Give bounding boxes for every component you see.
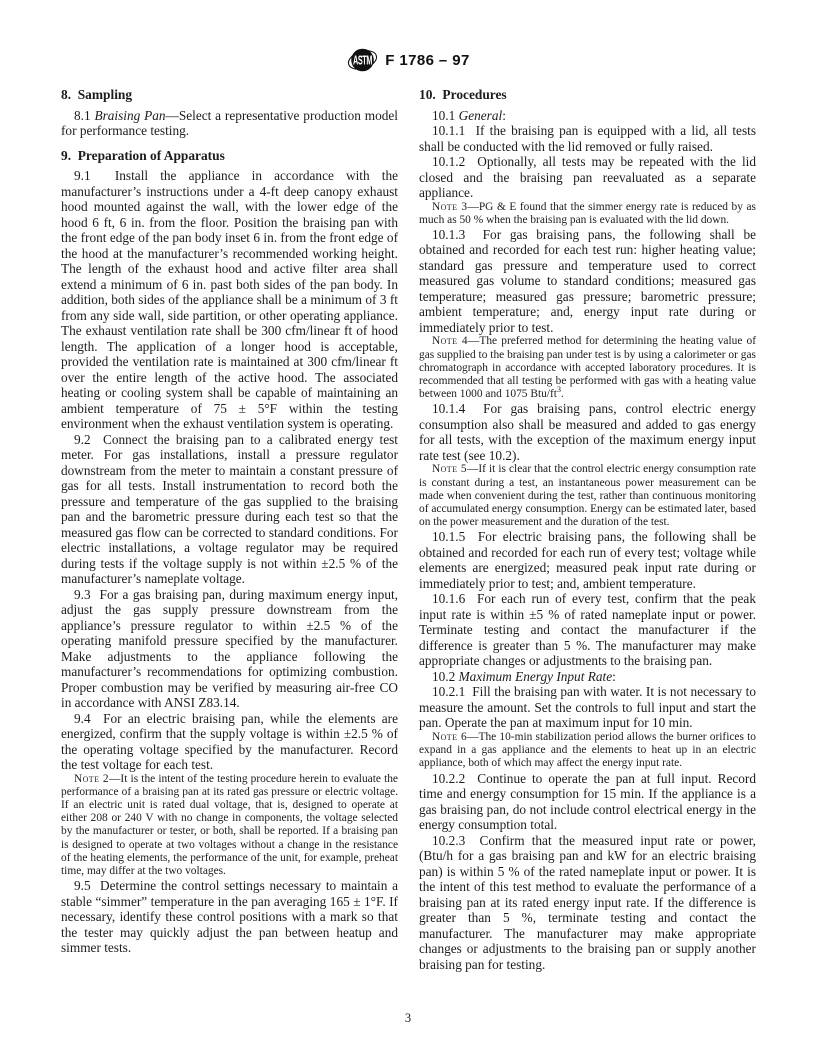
para-9-3: 9.3 For a gas braising pan, during maxim… bbox=[61, 587, 398, 711]
section-8-heading: 8. Sampling bbox=[61, 87, 398, 103]
para-10-1: 10.1 General: bbox=[419, 108, 756, 124]
page-number: 3 bbox=[0, 1011, 816, 1026]
para-10-1-5: 10.1.5 For electric braising pans, the f… bbox=[419, 529, 756, 591]
para-8-1-term: Braising Pan bbox=[94, 108, 165, 123]
para-10-2-3: 10.2.3 Confirm that the measured input r… bbox=[419, 833, 756, 973]
note-3: Note 3—PG & E found that the simmer ener… bbox=[419, 201, 756, 227]
para-8-1: 8.1 Braising Pan—Select a representative… bbox=[61, 108, 398, 139]
para-9-2: 9.2 Connect the braising pan to a calibr… bbox=[61, 432, 398, 587]
doc-code: F 1786 – 97 bbox=[385, 52, 469, 69]
note-4-tail: . bbox=[561, 388, 564, 400]
note-5: Note 5—If it is clear that the control e… bbox=[419, 463, 756, 529]
para-10-2-text: : bbox=[612, 669, 616, 684]
note-6-label: Note 6 bbox=[432, 731, 467, 743]
page-header: ASTM F 1786 – 97 bbox=[61, 46, 756, 74]
section-10-heading: 10. Procedures bbox=[419, 87, 756, 103]
para-9-1: 9.1 Install the appliance in accordance … bbox=[61, 168, 398, 432]
para-9-5: 9.5 Determine the control settings neces… bbox=[61, 878, 398, 956]
column-right: 10. Procedures 10.1 General: 10.1.1 If t… bbox=[419, 87, 756, 972]
para-9-4: 9.4 For an electric braising pan, while … bbox=[61, 711, 398, 773]
note-4: Note 4—The preferred method for determin… bbox=[419, 335, 756, 401]
para-10-1-number: 10.1 bbox=[432, 108, 455, 123]
para-10-2-number: 10.2 bbox=[432, 669, 455, 684]
para-10-1-3: 10.1.3 For gas braising pans, the follow… bbox=[419, 227, 756, 336]
para-10-1-6: 10.1.6 For each run of every test, confi… bbox=[419, 591, 756, 669]
astm-logo-text: ASTM bbox=[353, 53, 372, 68]
para-10-1-4: 10.1.4 For gas braising pans, control el… bbox=[419, 401, 756, 463]
note-3-label: Note 3 bbox=[432, 201, 467, 213]
note-2-text: —It is the intent of the testing procedu… bbox=[61, 773, 398, 877]
note-4-text: —The preferred method for determining th… bbox=[419, 335, 756, 400]
note-6-text: —The 10-min stabilization period allows … bbox=[419, 731, 756, 769]
section-9-heading: 9. Preparation of Apparatus bbox=[61, 148, 398, 164]
note-4-label: Note 4 bbox=[432, 335, 468, 347]
para-10-2-2: 10.2.2 Continue to operate the pan at fu… bbox=[419, 771, 756, 833]
astm-logo-icon: ASTM bbox=[347, 46, 378, 74]
note-5-text: —If it is clear that the control electri… bbox=[419, 463, 756, 528]
para-10-1-term: General bbox=[459, 108, 503, 123]
para-8-1-number: 8.1 bbox=[74, 108, 91, 123]
para-10-2: 10.2 Maximum Energy Input Rate: bbox=[419, 669, 756, 685]
note-6: Note 6—The 10-min stabilization period a… bbox=[419, 731, 756, 771]
para-10-1-text: : bbox=[502, 108, 506, 123]
note-5-label: Note 5 bbox=[432, 463, 467, 475]
para-10-1-2: 10.1.2 Optionally, all tests may be repe… bbox=[419, 154, 756, 201]
note-2-label: Note 2 bbox=[74, 773, 109, 785]
para-10-1-1: 10.1.1 If the braising pan is equipped w… bbox=[419, 123, 756, 154]
column-left: 8. Sampling 8.1 Braising Pan—Select a re… bbox=[61, 87, 398, 972]
note-3-text: —PG & E found that the simmer energy rat… bbox=[419, 201, 756, 226]
note-2: Note 2—It is the intent of the testing p… bbox=[61, 773, 398, 879]
para-10-2-1: 10.2.1 Fill the braising pan with water.… bbox=[419, 684, 756, 731]
para-10-2-term: Maximum Energy Input Rate bbox=[459, 669, 613, 684]
document-page: ASTM F 1786 – 97 8. Sampling 8.1 Braisin… bbox=[0, 0, 816, 1056]
two-column-body: 8. Sampling 8.1 Braising Pan—Select a re… bbox=[61, 87, 756, 972]
